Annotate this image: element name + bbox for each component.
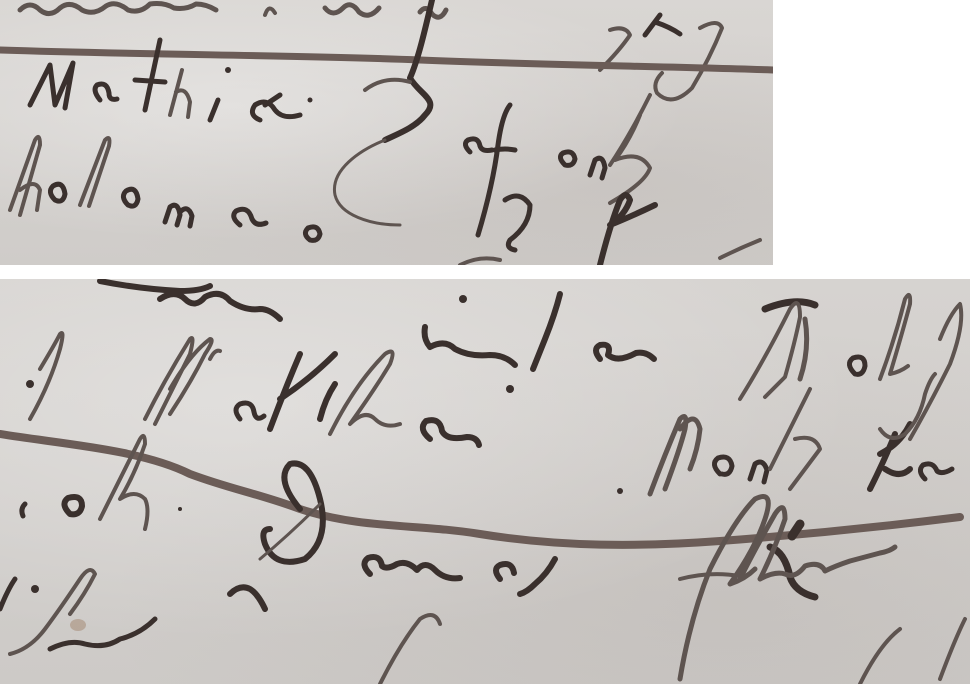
handwriting-strokes-top [0,0,773,265]
handwriting-strokes-bottom [0,279,970,684]
manuscript-photo-top: Matthiæ holomæo afonz zky aber [0,0,773,265]
manuscript-photo-bottom: in der Adolf Matthæi Nonzka iob omes fil… [0,279,970,684]
ink-stain [70,619,86,631]
